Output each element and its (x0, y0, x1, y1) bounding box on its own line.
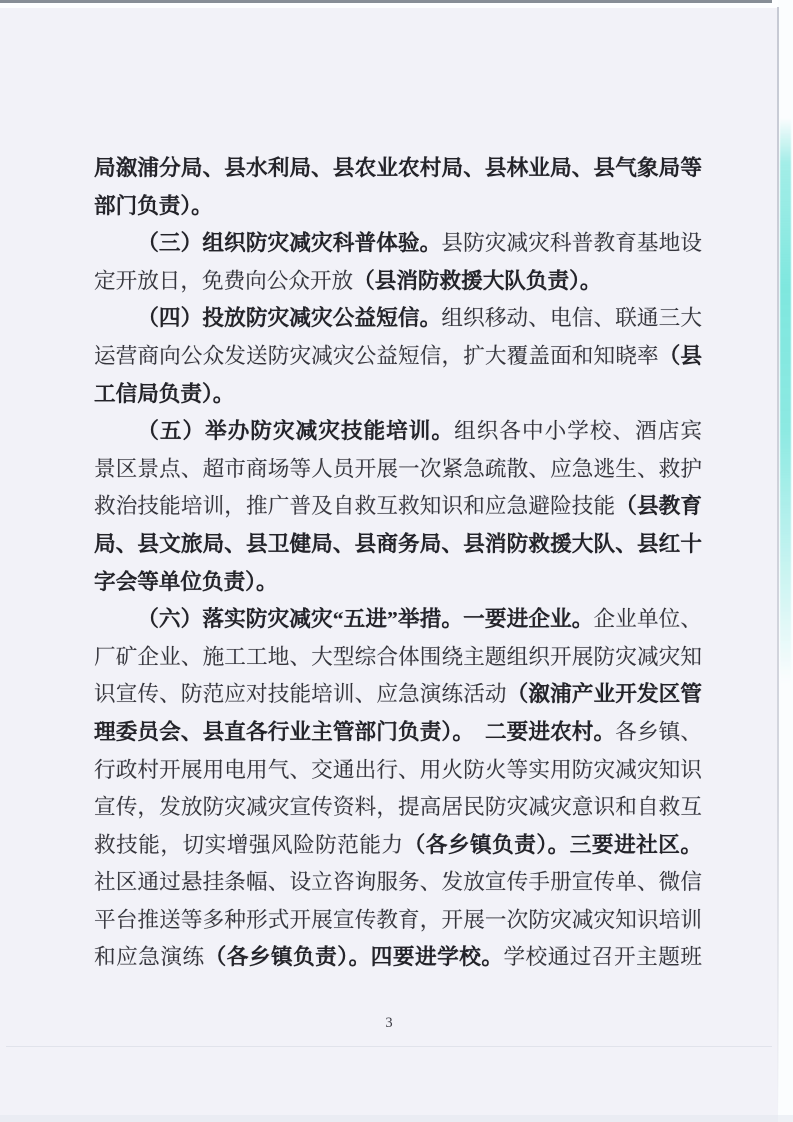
bold-text-segment: （五）举办防灾减灾技能培训。 (137, 419, 454, 443)
text-line: 救治技能培训，推广普及自救互救知识和应急避险技能（县教育 (94, 488, 702, 526)
text-segment: 运营商向公众发送防灾减灾公益短信，扩大覆盖面和知晓率 (94, 344, 659, 368)
text-segment: 和应急演练 (94, 945, 205, 969)
text-segment: 定开放日，免费向公众开放 (94, 269, 353, 293)
bold-text-segment: （县教育 (615, 494, 702, 518)
text-segment: 景区景点、超市商场等人员开展一次紧急疏散、应急逃生、救护 (94, 457, 702, 481)
bold-text-segment: 二要进农村。 (485, 720, 615, 744)
scanned-document-page: 局溆浦分局、县水利局、县农业农村局、县林业局、县气象局等部门负责）。（三）组织防… (0, 0, 793, 1122)
bold-text-segment: 理委员会、县直各行业主管部门负责）。 (94, 720, 463, 744)
scan-artifact-top-edge (0, 0, 772, 3)
text-line: 局溆浦分局、县水利局、县农业农村局、县林业局、县气象局等 (94, 150, 702, 188)
text-line: （六）落实防灾减灾“五进”举措。一要进企业。企业单位、 (94, 601, 702, 639)
text-block: 局溆浦分局、县水利局、县农业农村局、县林业局、县气象局等部门负责）。（三）组织防… (94, 150, 702, 977)
scan-artifact-fold-line (6, 1046, 772, 1047)
text-line: 运营商向公众发送防灾减灾公益短信，扩大覆盖面和知晓率（县 (94, 338, 702, 376)
text-line: 行政村开展用电用气、交通出行、用火防火等实用防灾减灾知识 (94, 752, 702, 790)
text-line: 和应急演练（各乡镇负责）。四要进学校。学校通过召开主题班 (94, 939, 702, 977)
bold-text-segment: （六）落实防灾减灾“五进”举措。一要进企业。 (137, 607, 593, 631)
bold-text-segment: （各乡镇负责）。四要进学校。 (205, 945, 504, 969)
text-segment: 组织移动、电信、联通三大 (441, 306, 702, 330)
text-line: （五）举办防灾减灾技能培训。组织各中小学校、酒店宾馆、 (94, 413, 702, 451)
text-segment: 平台推送等多种形式开展宣传教育，开展一次防灾减灾知识培训 (94, 908, 702, 932)
bold-text-segment: 局、县文旅局、县卫健局、县商务局、县消防救援大队、县红十 (94, 532, 702, 556)
text-line: （三）组织防灾减灾科普体验。县防灾减灾科普教育基地设 (94, 225, 702, 263)
scan-artifact-bottom-band (0, 1115, 793, 1122)
text-segment: 企业单位、 (594, 607, 702, 631)
text-segment: 各乡镇、 (615, 720, 702, 744)
text-line: 厂矿企业、施工工地、大型综合体围绕主题组织开展防灾减灾知 (94, 639, 702, 677)
text-line: 理委员会、县直各行业主管部门负责）。 二要进农村。各乡镇、 (94, 714, 702, 752)
text-line: 社区通过悬挂条幅、设立咨询服务、发放宣传手册宣传单、微信 (94, 864, 702, 902)
text-segment: 救治技能培训，推广普及自救互救知识和应急避险技能 (94, 494, 615, 518)
text-line: 部门负责）。 (94, 188, 702, 226)
bold-text-segment: （四）投放防灾减灾公益短信。 (137, 306, 441, 330)
text-segment: 厂矿企业、施工工地、大型综合体围绕主题组织开展防灾减灾知 (94, 645, 702, 669)
page-number: 3 (0, 1015, 778, 1032)
bold-text-segment: （县消防救援大队负责）。 (353, 269, 601, 293)
bold-text-segment: 工信局负责）。 (94, 382, 234, 406)
text-segment: 行政村开展用电用气、交通出行、用火防火等实用防灾减灾知识 (94, 758, 702, 782)
text-segment: 救技能，切实增强风险防范能力 (94, 833, 404, 857)
text-line: 工信局负责）。 (94, 376, 702, 414)
text-segment: 县防灾减灾科普教育基地设 (441, 231, 702, 255)
bold-text-segment: （县 (659, 344, 702, 368)
bold-text-segment: 字会等单位负责）。 (94, 570, 278, 594)
text-line: 识宣传、防范应对技能培训、应急演练活动（溆浦产业开发区管 (94, 676, 702, 714)
bold-text-segment: （各乡镇负责）。三要进社区。 (404, 833, 702, 857)
text-line: 定开放日，免费向公众开放（县消防救援大队负责）。 (94, 263, 702, 301)
bold-text-segment: （三）组织防灾减灾科普体验。 (137, 231, 441, 255)
text-line: 平台推送等多种形式开展宣传教育，开展一次防灾减灾知识培训 (94, 902, 702, 940)
text-line: 字会等单位负责）。 (94, 564, 702, 602)
text-segment: 识宣传、防范应对技能培训、应急演练活动 (94, 682, 507, 706)
text-segment: 宣传，发放防灾减灾宣传资料，提高居民防灾减灾意识和自救互 (94, 795, 702, 819)
scan-artifact-cyan-strip (780, 118, 791, 683)
bold-text-segment: 部门负责）。 (94, 194, 213, 218)
text-line: 宣传，发放防灾减灾宣传资料，提高居民防灾减灾意识和自救互 (94, 789, 702, 827)
bold-text-segment: （溆浦产业开发区管 (507, 682, 702, 706)
text-line: 局、县文旅局、县卫健局、县商务局、县消防救援大队、县红十 (94, 526, 702, 564)
text-segment: 学校通过召开主题班 (503, 945, 702, 969)
text-line: 救技能，切实增强风险防范能力（各乡镇负责）。三要进社区。 (94, 827, 702, 865)
text-segment: 社区通过悬挂条幅、设立咨询服务、发放宣传手册宣传单、微信 (94, 870, 702, 894)
text-line: 景区景点、超市商场等人员开展一次紧急疏散、应急逃生、救护 (94, 451, 702, 489)
text-line: （四）投放防灾减灾公益短信。组织移动、电信、联通三大 (94, 300, 702, 338)
bold-text-segment: 局溆浦分局、县水利局、县农业农村局、县林业局、县气象局等 (94, 156, 702, 180)
text-segment (463, 720, 485, 744)
page-right-edge (777, 7, 779, 1117)
